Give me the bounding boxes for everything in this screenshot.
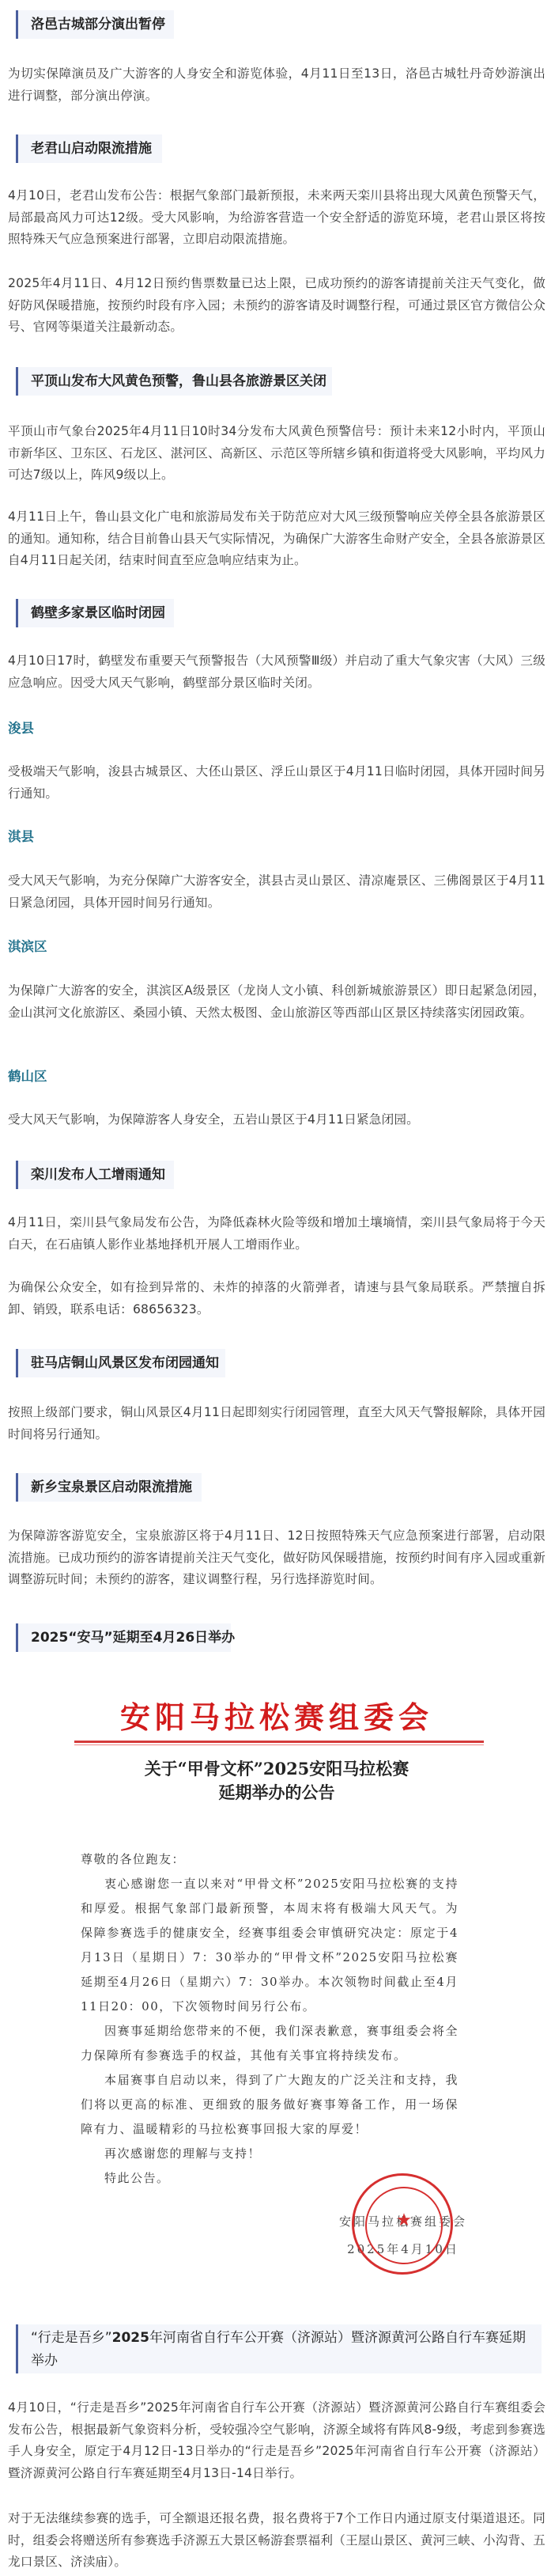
subheading-qixian: 淇县 bbox=[8, 826, 34, 845]
paragraph: 为切实保障演员及广大游客的人身安全和游览体验，4月11日至13日，洛邑古城牡丹奇… bbox=[8, 63, 545, 107]
paragraph: 按照上级部门要求，铜山风景区4月11日起即刻实行闭园管理，直至大风天气警报解除，… bbox=[8, 1402, 545, 1445]
section-heading-jiyuan-cycling: “行走是吾乡”2025年河南省自行车公开赛（济源站）暨济源黄河公路自行车赛延期举… bbox=[16, 2324, 542, 2373]
heading-bold: 2025 bbox=[112, 2330, 149, 2346]
section-heading-luanchuan: 栾川发布人工增雨通知 bbox=[16, 1161, 174, 1189]
paragraph: 平顶山市气象台2025年4月11日10时34分发布大风黄色预警信号：预计未来12… bbox=[8, 421, 545, 487]
notice-title-line1: 关于“甲骨文杯”2025安阳马拉松赛 bbox=[47, 1756, 506, 1780]
heading-text: 栾川发布人工增雨通知 bbox=[31, 1161, 165, 1189]
heading-text: 驻马店铜山风景区发布闭园通知 bbox=[31, 1349, 219, 1377]
subheading-heshan: 鹤山区 bbox=[8, 1066, 47, 1085]
paragraph: 4月10日，“行走是吾乡”2025年河南省自行车公开赛（济源站）暨济源黄河公路自… bbox=[8, 2397, 545, 2484]
paragraph: 4月11日上午，鲁山县文化广电和旅游局发布关于防范应对大风三级预警响应关停全县各… bbox=[8, 506, 545, 572]
heading-text: 鹤壁多家景区临时闭园 bbox=[31, 599, 165, 627]
heading-text: 平顶山发布大风黄色预警，鲁山县各旅游景区关闭 bbox=[31, 367, 326, 396]
notice-paragraph: 因赛事延期给您带来的不便，我们深表歉意，赛事组委会将全力保障所有参赛选手的权益，… bbox=[81, 2019, 459, 2068]
subheading-qibin: 淇滨区 bbox=[8, 936, 47, 955]
section-heading-anma: 2025“安马”延期至4月26日举办 bbox=[16, 1623, 231, 1652]
section-heading-pingdingshan: 平顶山发布大风黄色预警，鲁山县各旅游景区关闭 bbox=[16, 367, 332, 396]
notice-org-title: 安阳马拉松赛组委会 bbox=[111, 1693, 443, 1737]
section-heading-baoquan: 新乡宝泉景区启动限流措施 bbox=[16, 1473, 202, 1502]
heading-text: 新乡宝泉景区启动限流措施 bbox=[31, 1473, 192, 1502]
notice-title-line2: 延期举办的公告 bbox=[47, 1780, 506, 1804]
paragraph: 受大风天气影响，为保障游客人身安全，五岩山景区于4月11日紧急闭园。 bbox=[8, 1109, 545, 1131]
paragraph: 4月11日，栾川县气象局发布公告，为降低森林火险等级和增加土壤墒情，栾川县气象局… bbox=[8, 1212, 545, 1256]
red-seal-icon: ★ bbox=[352, 2173, 453, 2275]
paragraph: 为确保公众安全，如有捡到异常的、未炸的掉落的火箭弹者，请速与县气象局联系。严禁擅… bbox=[8, 1277, 545, 1320]
paragraph: 对于无法继续参赛的选手，可全额退还报名费，报名费将于7个工作日内通过原支付渠道退… bbox=[8, 2508, 545, 2574]
heading-text: 老君山启动限流措施 bbox=[31, 134, 152, 163]
red-rule bbox=[74, 1741, 484, 1743]
paragraph: 为保障游客游览安全，宝泉旅游区将于4月11日、12日按照特殊天气应急预案进行部署… bbox=[8, 1525, 545, 1591]
heading-text: 洛邑古城部分演出暂停 bbox=[31, 10, 165, 39]
paragraph: 受极端天气影响，浚县古城景区、大伾山景区、浮丘山景区于4月11日临时闭园，具体开… bbox=[8, 761, 545, 805]
marathon-notice-image: 安阳马拉松赛组委会 关于“甲骨文杯”2025安阳马拉松赛 延期举办的公告 尊敬的… bbox=[47, 1661, 506, 2294]
paragraph: 2025年4月11日、4月12日预约售票数量已达上限，已成功预约的游客请提前关注… bbox=[8, 273, 545, 339]
section-heading-luoyi: 洛邑古城部分演出暂停 bbox=[16, 10, 174, 39]
heading-text: 2025“安马”延期至4月26日举办 bbox=[31, 1623, 235, 1652]
seal-inner-ring: ★ bbox=[365, 2187, 443, 2264]
paragraph: 4月10日17时，鹤壁发布重要天气预警报告（大风预警Ⅲ级）并启动了重大气象灾害（… bbox=[8, 650, 545, 694]
red-rule-thin bbox=[74, 1744, 484, 1745]
section-heading-hebi: 鹤壁多家景区临时闭园 bbox=[16, 599, 174, 627]
notice-paragraph: 本届赛事自启动以来，得到了广大跑友的广泛关注和支持，我们将以更高的标准、更细致的… bbox=[81, 2068, 459, 2142]
notice-salutation: 尊敬的各位跑友： bbox=[81, 1847, 459, 1872]
subheading-xunxian: 浚县 bbox=[8, 718, 34, 737]
heading-prefix: “行走是吾乡” bbox=[31, 2330, 112, 2346]
section-heading-laojunshan: 老君山启动限流措施 bbox=[16, 134, 162, 163]
notice-paragraph: 衷心感谢您一直以来对“甲骨文杯”2025安阳马拉松赛的支持和厚爱。根据气象部门最… bbox=[81, 1872, 459, 2019]
heading-text: “行走是吾乡”2025年河南省自行车公开赛（济源站）暨济源黄河公路自行车赛延期举… bbox=[31, 2327, 529, 2373]
paragraph: 为保障广大游客的安全，淇滨区A级景区（龙岗人文小镇、科创新城旅游景区）即日起紧急… bbox=[8, 980, 545, 1024]
paragraph: 受大风天气影响，为充分保障广大游客安全，淇县古灵山景区、清凉庵景区、三佛阁景区于… bbox=[8, 870, 545, 914]
notice-body: 尊敬的各位跑友： 衷心感谢您一直以来对“甲骨文杯”2025安阳马拉松赛的支持和厚… bbox=[81, 1847, 459, 2191]
notice-paragraph: 再次感谢您的理解与支持！ bbox=[81, 2142, 459, 2166]
paragraph: 4月10日，老君山发布公告：根据气象部门最新预报，未来两天栾川县将出现大风黄色预… bbox=[8, 185, 545, 251]
section-heading-tongshan: 驻马店铜山风景区发布闭园通知 bbox=[16, 1349, 225, 1377]
seal-star-icon: ★ bbox=[367, 2210, 441, 2230]
